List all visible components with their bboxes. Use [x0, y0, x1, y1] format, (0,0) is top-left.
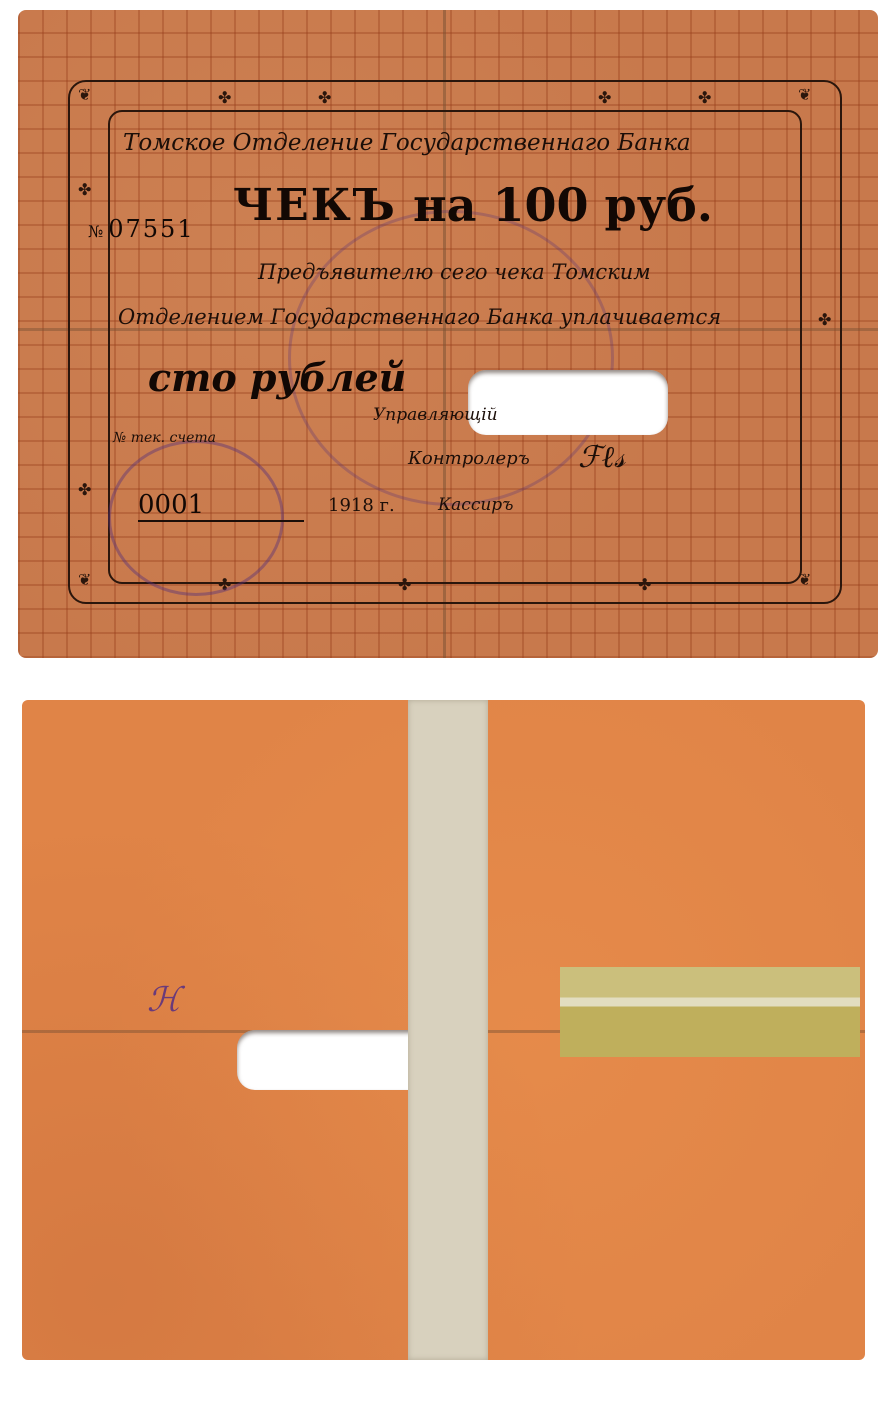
account-label: № тек. счета: [113, 430, 216, 446]
quatrefoil-icon: ✤: [638, 575, 651, 594]
handwritten-mark: ℋ: [147, 980, 181, 1020]
bank-branch-line: Томское Отделение Государственнаго Банка: [123, 130, 691, 156]
handwritten-signature: ℱℓ𝓈: [578, 440, 625, 475]
stamp-margin-repair-tape: [560, 967, 860, 1057]
corner-monogram-icon: ❦: [798, 85, 811, 104]
quatrefoil-icon: ✤: [818, 310, 831, 329]
serial-number: № 07551: [88, 215, 195, 243]
check-denomination: на 100 руб.: [413, 178, 713, 232]
quatrefoil-icon: ✤: [78, 180, 91, 199]
quatrefoil-icon: ✤: [398, 575, 411, 594]
body-text-line-2: Отделением Государственнаго Банка уплачи…: [118, 305, 721, 329]
manager-signature-label: Управляющій: [373, 405, 498, 425]
quatrefoil-icon: ✤: [218, 88, 231, 107]
serial-label: №: [88, 222, 103, 241]
quatrefoil-icon: ✤: [698, 88, 711, 107]
check-back: ℋ: [22, 700, 865, 1360]
corner-monogram-icon: ❦: [798, 570, 811, 589]
quatrefoil-icon: ✤: [598, 88, 611, 107]
check-front: ❦ ❦ ❦ ❦ ✤ ✤ ✤ ✤ ✤ ✤ ✤ ✤ ✤ ✤ Томское Отде…: [18, 10, 878, 658]
vertical-repair-tape: [408, 700, 488, 1360]
quatrefoil-icon: ✤: [78, 480, 91, 499]
amount-in-words: сто рублей: [148, 355, 406, 400]
cancellation-punch-hole: [237, 1030, 437, 1090]
corner-monogram-icon: ❦: [78, 85, 91, 104]
serial-value: 07551: [108, 215, 194, 243]
cancellation-punch-hole: [468, 370, 668, 435]
quatrefoil-icon: ✤: [318, 88, 331, 107]
controller-signature-label: Контролеръ: [408, 448, 530, 469]
body-text-line-1: Предъявителю сего чека Томским: [258, 260, 651, 284]
account-number: 0001: [138, 490, 304, 522]
cashier-signature-label: Кассиръ: [438, 495, 514, 515]
corner-monogram-icon: ❦: [78, 570, 91, 589]
check-title-word: ЧЕКЪ: [233, 180, 397, 231]
issue-year: 1918 г.: [328, 495, 395, 516]
